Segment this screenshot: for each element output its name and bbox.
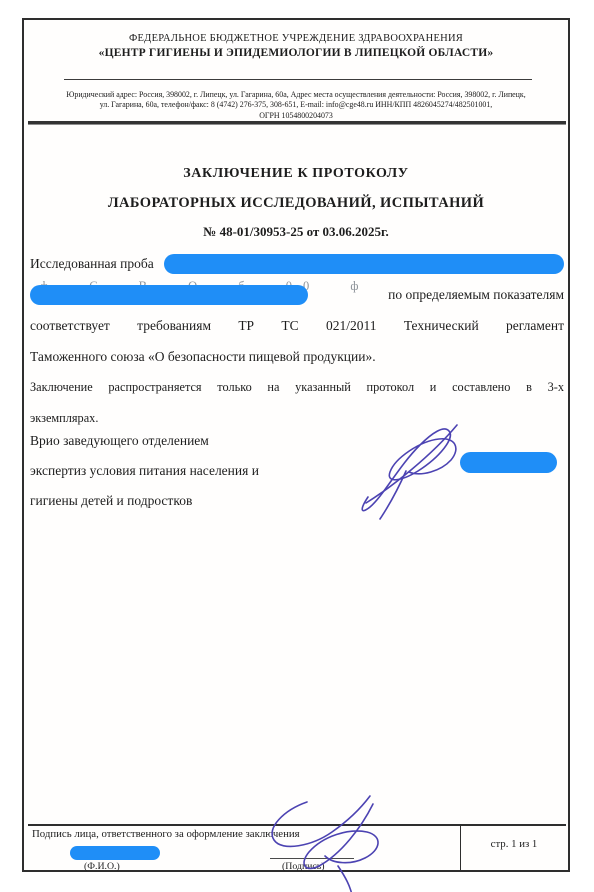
org-name-line-2: «ЦЕНТР ГИГИЕНЫ И ЭПИДЕМИОЛОГИИ В ЛИПЕЦКО… xyxy=(24,47,568,59)
redaction-bar-sample-2 xyxy=(30,285,308,305)
address-line-3: ОГРН 1054800204073 xyxy=(28,111,564,121)
signatory-line-1: Врио заведующего отделением xyxy=(30,426,259,456)
signatory-position: Врио заведующего отделением экспертиз ус… xyxy=(30,426,259,516)
body-line-5: Заключение распространяется только на ук… xyxy=(30,372,564,403)
title-protocol-number: № 48-01/30953-25 от 03.06.2025г. xyxy=(24,224,568,240)
header-divider xyxy=(64,79,532,80)
body-line-2-text: по определяемым показателям xyxy=(388,287,564,303)
address-line-2: ул. Гагарина, 60а, телефон/факс: 8 (4742… xyxy=(28,100,564,110)
redaction-bar-sample-1 xyxy=(164,254,564,274)
signatory-line-3: гигиены детей и подростков xyxy=(30,486,259,516)
footer-signature-ink xyxy=(252,790,422,892)
body-line-1-text: Исследованная проба xyxy=(30,256,154,272)
body-line-1: Исследованная проба xyxy=(30,248,564,279)
conclusion-text: Исследованная проба ф С В О б 00 ф по оп… xyxy=(30,248,564,434)
header-thick-rule xyxy=(28,121,566,125)
title-line-1: ЗАКЛЮЧЕНИЕ К ПРОТОКОЛУ xyxy=(24,166,568,182)
body-line-4: Таможенного союза «О безопасности пищево… xyxy=(30,341,564,372)
address-line-1: Юридический адрес: Россия, 398002, г. Ли… xyxy=(28,90,564,100)
fio-label: (Ф.И.О.) xyxy=(84,861,120,872)
title-line-2: ЛАБОРАТОРНЫХ ИССЛЕДОВАНИЙ, ИСПЫТАНИЙ xyxy=(24,195,568,212)
org-name-line-1: ФЕДЕРАЛЬНОЕ БЮДЖЕТНОЕ УЧРЕЖДЕНИЕ ЗДРАВОО… xyxy=(24,33,568,44)
document-title: ЗАКЛЮЧЕНИЕ К ПРОТОКОЛУ ЛАБОРАТОРНЫХ ИССЛ… xyxy=(24,166,568,240)
address-block: Юридический адрес: Россия, 398002, г. Ли… xyxy=(28,90,564,121)
page-counter: стр. 1 из 1 xyxy=(460,838,568,850)
body-line-2: ф С В О б 00 ф по определяемым показател… xyxy=(30,279,564,310)
org-header: ФЕДЕРАЛЬНОЕ БЮДЖЕТНОЕ УЧРЕЖДЕНИЕ ЗДРАВОО… xyxy=(24,33,568,59)
redaction-bar-fio xyxy=(70,846,160,860)
body-line-3: соответствует требованиям ТР ТС 021/2011… xyxy=(30,310,564,341)
document-page: ФЕДЕРАЛЬНОЕ БЮДЖЕТНОЕ УЧРЕЖДЕНИЕ ЗДРАВОО… xyxy=(22,18,570,872)
redaction-bar-signatory-name xyxy=(460,452,557,473)
signatory-line-2: экспертиз условия питания населения и xyxy=(30,456,259,486)
signature-ink xyxy=(358,415,473,520)
